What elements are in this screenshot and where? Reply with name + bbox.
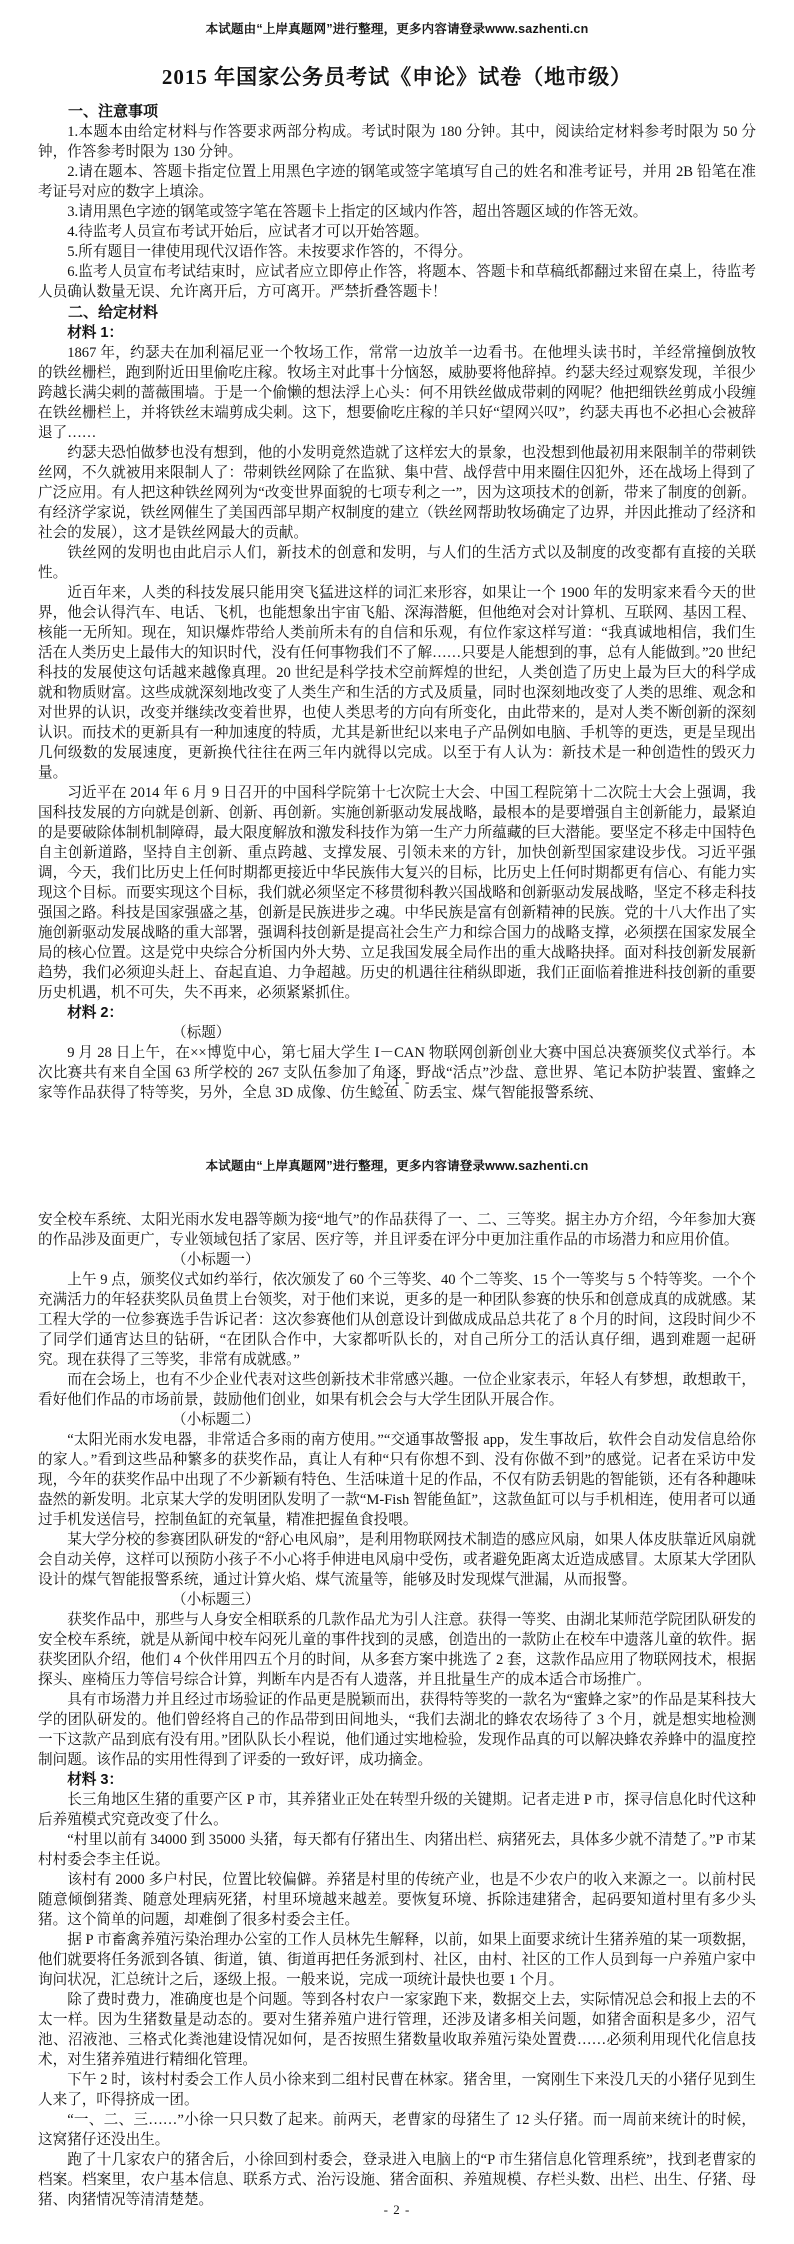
notice-item: 4.待监考人员宣布考试开始后，应试者才可以开始答题。 <box>38 222 756 242</box>
subtitle-3-caption: （小标题三） <box>38 1590 756 1610</box>
paragraph: 9 月 28 日上午，在××博览中心，第七届大学生 I－CAN 物联网创新创业大… <box>38 1043 756 1103</box>
source-note: 本试题由“上岸真题网”进行整理，更多内容请登录www.sazhenti.cn <box>0 1122 794 1174</box>
materials-heading: 二、给定材料 <box>38 302 756 323</box>
material-1-heading: 材料 1： <box>38 323 756 343</box>
paragraph: 跑了十几家农户的猪舍后，小徐回到村委会，登录进入电脑上的“P 市生猪信息化管理系… <box>38 2150 756 2210</box>
paragraph: 习近平在 2014 年 6 月 9 日召开的中国科学院第十七次院士大会、中国工程… <box>38 783 756 1003</box>
material-2-heading: 材料 2： <box>38 1003 756 1023</box>
paragraph: 铁丝网的发明也由此启示人们，新技术的创意和发明，与人们的生活方式以及制度的改变都… <box>38 543 756 583</box>
paragraph: 该村有 2000 多户村民，位置比较偏僻。养猪是村里的传统产业，也是不少农户的收… <box>38 1870 756 1930</box>
material-2-caption: （标题） <box>38 1023 756 1043</box>
paragraph: “太阳光雨水发电器，非常适合多雨的南方使用。”“交通事故警报 app，发生事故后… <box>38 1430 756 1530</box>
paragraph: “村里以前有 34000 到 35000 头猪，每天都有仔猪出生、肉猪出栏、病猪… <box>38 1830 756 1870</box>
page-1-content: 一、注意事项 1.本题本由给定材料与作答要求两部分构成。考试时限为 180 分钟… <box>0 101 794 1103</box>
page-number: - 1 - <box>0 1074 794 1090</box>
notice-item: 3.请用黑色字迹的钢笔或签字笔在答题卡上指定的区域内作答，超出答题区域的作答无效… <box>38 202 756 222</box>
material-3-heading: 材料 3： <box>38 1770 756 1790</box>
source-note: 本试题由“上岸真题网”进行整理，更多内容请登录www.sazhenti.cn <box>0 0 794 37</box>
page-number: - 2 - <box>0 2202 794 2218</box>
paragraph: 下午 2 时，该村村委会工作人员小徐来到二组村民曹在林家。猪舍里，一窝刚生下来没… <box>38 2070 756 2110</box>
paragraph: 具有市场潜力并且经过市场验证的作品更是脱颖而出，获得特等奖的一款名为“蜜蜂之家”… <box>38 1690 756 1770</box>
paragraph: 上午 9 点，颁奖仪式如约举行，依次颁发了 60 个三等奖、40 个二等奖、15… <box>38 1270 756 1370</box>
document-sheet: 本试题由“上岸真题网”进行整理，更多内容请登录www.sazhenti.cn 2… <box>0 0 794 2244</box>
page-2: 本试题由“上岸真题网”进行整理，更多内容请登录www.sazhenti.cn 安… <box>0 1122 794 2244</box>
paragraph: “一、二、三……”小徐一只只数了起来。前两天，老曹家的母猪生了 12 头仔猪。而… <box>38 2110 756 2150</box>
paragraph: 约瑟夫恐怕做梦也没有想到，他的小发明竟然造就了这样宏大的景象，也没想到他最初用来… <box>38 443 756 543</box>
subtitle-2-caption: （小标题二） <box>38 1410 756 1430</box>
page-1: 本试题由“上岸真题网”进行整理，更多内容请登录www.sazhenti.cn 2… <box>0 0 794 1122</box>
paragraph: 据 P 市畜禽养殖污染治理办公室的工作人员林先生解释，以前，如果上面要求统计生猪… <box>38 1930 756 1990</box>
paragraph: 近百年来，人类的科技发展只能用突飞猛进这样的词汇来形容，如果让一个 1900 年… <box>38 583 756 783</box>
notice-item: 1.本题本由给定材料与作答要求两部分构成。考试时限为 180 分钟。其中，阅读给… <box>38 122 756 162</box>
paragraph: 1867 年，约瑟夫在加利福尼亚一个牧场工作，常常一边放羊一边看书。在他埋头读书… <box>38 343 756 443</box>
page-title: 2015 年国家公务员考试《申论》试卷（地市级） <box>0 61 794 91</box>
notice-item: 6.监考人员宣布考试结束时，应试者应立即停止作答，将题本、答题卡和草稿纸都翻过来… <box>38 262 756 302</box>
page-2-content: 安全校车系统、太阳光雨水发电器等颇为接“地气”的作品获得了一、二、三等奖。据主办… <box>0 1210 794 2210</box>
notice-heading: 一、注意事项 <box>38 101 756 122</box>
notice-item: 2.请在题本、答题卡指定位置上用黑色字迹的钢笔或签字笔填写自己的姓名和准考证号，… <box>38 162 756 202</box>
paragraph: 长三角地区生猪的重要产区 P 市，其养猪业正处在转型升级的关键期。记者走进 P … <box>38 1790 756 1830</box>
paragraph: 获奖作品中，那些与人身安全相联系的几款作品尤为引人注意。获得一等奖、由湖北某师范… <box>38 1610 756 1690</box>
paragraph: 某大学分校的参赛团队研发的“舒心电风扇”，是利用物联网技术制造的感应风扇，如果人… <box>38 1530 756 1590</box>
paragraph: 而在会场上，也有不少企业代表对这些创新技术非常感兴趣。一位企业家表示，年轻人有梦… <box>38 1370 756 1410</box>
notice-item: 5.所有题目一律使用现代汉语作答。未按要求作答的，不得分。 <box>38 242 756 262</box>
subtitle-1-caption: （小标题一） <box>38 1250 756 1270</box>
paragraph-continuation: 安全校车系统、太阳光雨水发电器等颇为接“地气”的作品获得了一、二、三等奖。据主办… <box>38 1210 756 1250</box>
paragraph: 除了费时费力，准确度也是个问题。等到各村农户一家家跑下来，数据交上去，实际情况总… <box>38 1990 756 2070</box>
